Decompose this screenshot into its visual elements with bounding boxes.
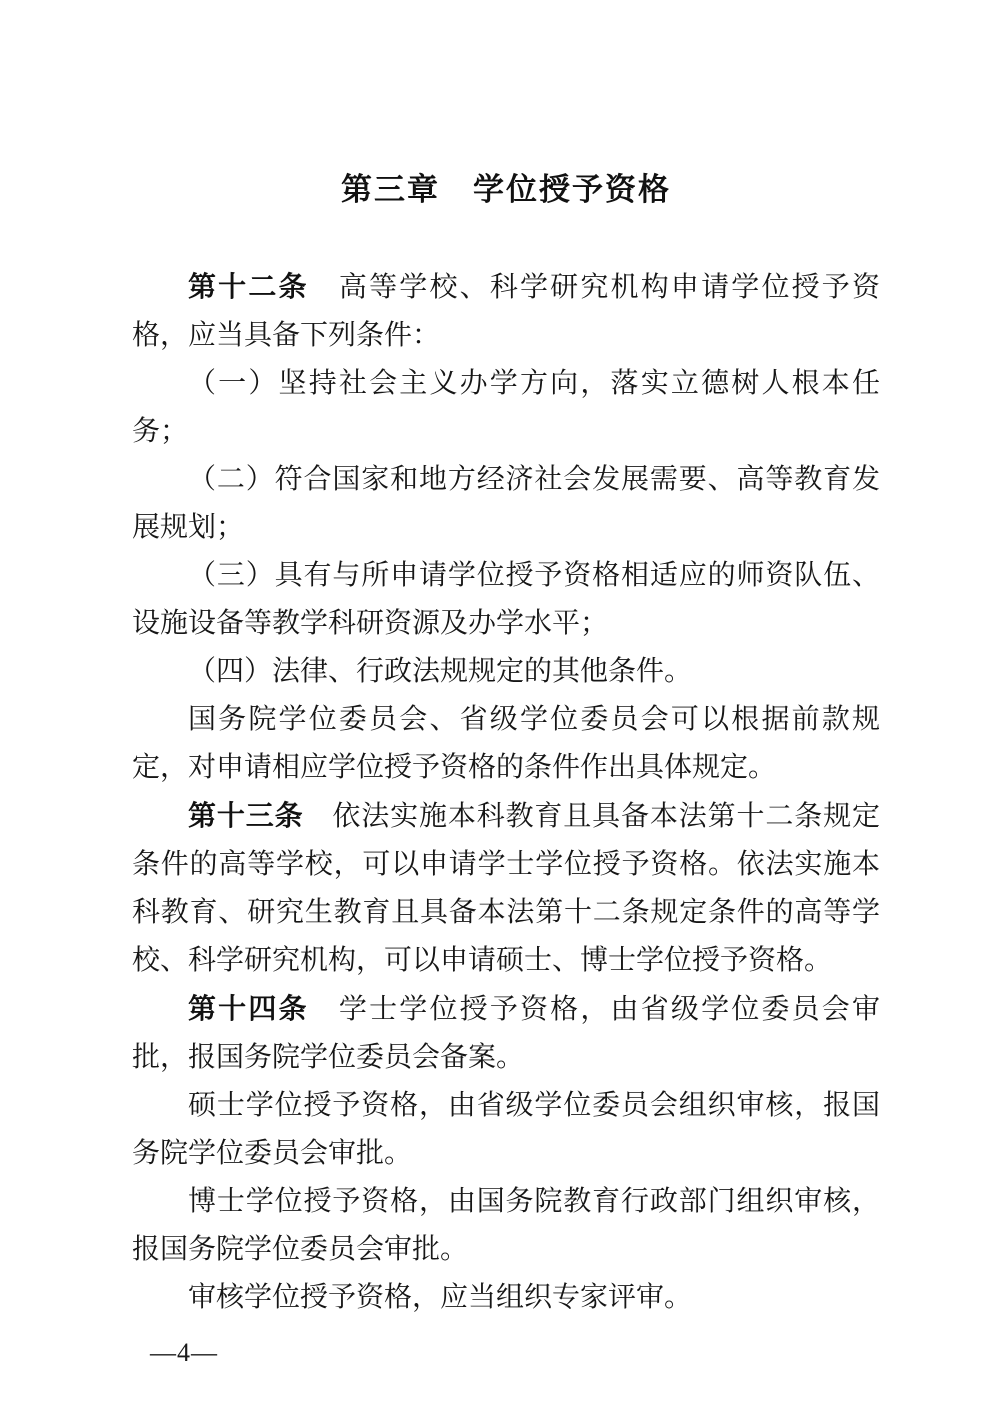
paragraph: （三）具有与所申请学位授予资格相适应的师资队伍、设施设备等教学科研资源及办学水平…	[132, 552, 880, 648]
paragraph-text: 审核学位授予资格，应当组织专家评审。	[188, 1282, 692, 1313]
article-number: 第十二条	[188, 271, 309, 302]
paragraph-text: （三）具有与所申请学位授予资格相适应的师资队伍、设施设备等教学科研资源及办学水平…	[132, 560, 880, 639]
page-number: —4—	[150, 1336, 218, 1370]
paragraph: 第十三条 依法实施本科教育且具备本法第十二条规定条件的高等学校，可以申请学士学位…	[132, 792, 880, 985]
document-body: 第十二条 高等学校、科学研究机构申请学位授予资格，应当具备下列条件：（一）坚持社…	[132, 263, 880, 1322]
paragraph: 第十四条 学士学位授予资格，由省级学位委员会审批，报国务院学位委员会备案。	[132, 985, 880, 1082]
paragraph-text: （一）坚持社会主义办学方向，落实立德树人根本任务；	[132, 368, 880, 447]
paragraph: 国务院学位委员会、省级学位委员会可以根据前款规定，对申请相应学位授予资格的条件作…	[132, 696, 880, 792]
paragraph-text: （二）符合国家和地方经济社会发展需要、高等教育发展规划；	[132, 464, 880, 543]
paragraph: （一）坚持社会主义办学方向，落实立德树人根本任务；	[132, 360, 880, 456]
article-number: 第十三条	[188, 800, 303, 831]
paragraph: 第十二条 高等学校、科学研究机构申请学位授予资格，应当具备下列条件：	[132, 263, 880, 360]
paragraph: （四）法律、行政法规规定的其他条件。	[132, 648, 880, 696]
paragraph: 硕士学位授予资格，由省级学位委员会组织审核，报国务院学位委员会审批。	[132, 1082, 880, 1178]
paragraph-text: 硕士学位授予资格，由省级学位委员会组织审核，报国务院学位委员会审批。	[132, 1090, 880, 1169]
chapter-title: 第三章 学位授予资格	[132, 170, 880, 210]
article-number: 第十四条	[188, 993, 309, 1024]
paragraph-text: （四）法律、行政法规规定的其他条件。	[188, 656, 692, 687]
document-page: 第三章 学位授予资格 第十二条 高等学校、科学研究机构申请学位授予资格，应当具备…	[0, 0, 992, 1403]
paragraph: 审核学位授予资格，应当组织专家评审。	[132, 1274, 880, 1322]
paragraph: 博士学位授予资格，由国务院教育行政部门组织审核，报国务院学位委员会审批。	[132, 1178, 880, 1274]
paragraph-text: 博士学位授予资格，由国务院教育行政部门组织审核，报国务院学位委员会审批。	[132, 1186, 880, 1265]
paragraph: （二）符合国家和地方经济社会发展需要、高等教育发展规划；	[132, 456, 880, 552]
paragraph-text: 国务院学位委员会、省级学位委员会可以根据前款规定，对申请相应学位授予资格的条件作…	[132, 704, 880, 783]
